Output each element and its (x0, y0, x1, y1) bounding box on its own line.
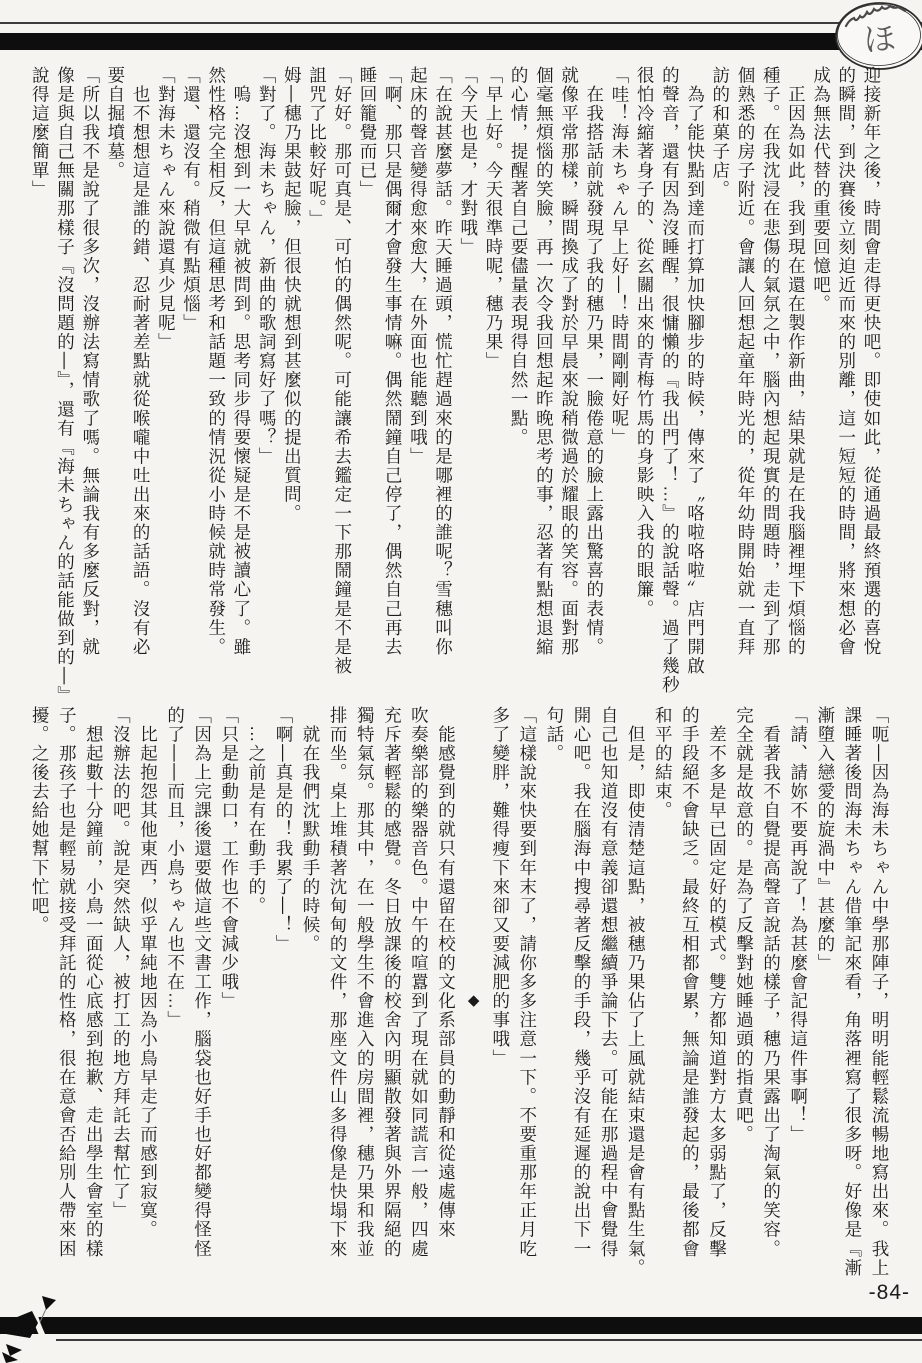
text-column: 差不多是早已固定好的模式。雙方都知道對方太多弱點了，反擊 (703, 706, 730, 1294)
text-column: 「只是動動口，工作也不會減少哦」 (216, 706, 243, 1294)
text-column: 就像平常那樣，瞬間換成了對於早晨來說稍微過於耀眼的笑容。面對那 (556, 66, 581, 684)
text-column: 詛咒了比較好呢。」 (304, 66, 329, 684)
text-column: 像是與自己無關那樣子『沒問題的—』，還有『海未ちゃん的話能做到的—』 (52, 66, 77, 684)
top-border-bar (0, 33, 922, 50)
text-column: 個熟悉的房子附近。會讓人回想起童年時光的，從年幼時開始就一直拜 (733, 66, 758, 684)
circle-stamp: ほ (832, 0, 922, 74)
text-column: 看著我不自覺提高聲音說話的樣子，穗乃果露出了淘氣的笑容。 (758, 706, 785, 1294)
text-column: 然性格完全相反，但這種思考和話題一致的情況從小時候就時常發生。 (204, 66, 229, 684)
text-column: 的瞬間，到決賽後立刻迫近而來的別離，這一短短的時間，將來想必會 (834, 66, 859, 684)
text-column: 句話。 (541, 706, 568, 1294)
text-column: 開心吧。我在腦海中搜尋著反擊的手段，幾乎沒有延遲的說出下一 (568, 706, 595, 1294)
text-column: 訪的和菓子店。 (708, 66, 733, 684)
margin-doodle (0, 1272, 190, 1363)
text-column: 「啊、那只是偶爾才會發生事情嘛。偶然鬧鐘自己停了，偶然自己再去 (380, 66, 405, 684)
text-column: 想起數十分鐘前，小鳥一面從心底感到抱歉、走出學生會室的樣 (80, 706, 107, 1294)
stamp-drawing: ほ (832, 0, 922, 74)
text-column: 「在說甚麼夢話。昨天睡過頭，慌忙趕過來的是哪裡的誰呢？雪穗叫你 (430, 66, 455, 684)
stamp-character: ほ (862, 19, 897, 59)
text-column: 能感覺到的就只有還留在校的文化系部員的動靜和從遠處傳來 (432, 706, 459, 1294)
text-column: 「沒辦法的吧。說是突然缺人，被打工的地方拜託去幫忙了」 (107, 706, 134, 1294)
text-column: 的心情，提醒著自己要儘量表現得自然一點。 (506, 66, 531, 684)
lower-text-block: 「呃—因為海未ちゃん中學那陣子，明明能輕鬆流暢地寫出來。我上課睡著後問海未ちゃん… (26, 706, 893, 1294)
text-column: 正因為如此，我到現在還在製作新曲，結果就是在我腦裡埋下煩惱的 (783, 66, 808, 684)
text-column: 多了變胖，難得瘦下來卻又要減肥的事哦」 (487, 706, 514, 1294)
text-column: 個毫無煩惱的笑臉，再一次令我回想起昨晚思考的事，忍著有點想退縮 (531, 66, 556, 684)
text-column: 「所以我不是說了很多次，沒辦法寫情歌了嗎。無論我有多麼反對，就 (78, 66, 103, 684)
text-column: 種子。在我沈浸在悲傷的氣氛之中，腦內想起現實的問題時，走到了那 (758, 66, 783, 684)
text-column: 「啊—真是的！我累了—！」 (270, 706, 297, 1294)
text-column: 「對海未ちゃん來說還真少見呢」 (153, 66, 178, 684)
text-column: 也不想想這是誰的錯、忍耐著差點就從喉嚨中吐出來的話語。沒有必 (128, 66, 153, 684)
text-column: 吹奏樂部的樂器音色。中午的喧囂到了現在就如同謊言一般，四處 (405, 706, 432, 1294)
text-column: 很怕冷縮著身子的、從玄關出來的青梅竹馬的身影映入我的眼簾。 (632, 66, 657, 684)
text-column: 的手段絕不會缺乏。最終互相都會累，無論是誰發起的，最後都會 (676, 706, 703, 1294)
text-column: …之前是有在動手的。 (243, 706, 270, 1294)
text-column: 「這樣說來快要到年末了，請你多多注意一下。不要重那年正月吃 (514, 706, 541, 1294)
text-column: 「好好。那可真是、可怕的偶然呢。可能讓希去鑑定一下那鬧鐘是不是被 (330, 66, 355, 684)
text-column: 的了——而且，小鳥ちゃん也不在…」 (161, 706, 188, 1294)
text-column: 就在我們沈默動手的時候。 (297, 706, 324, 1294)
text-column: 起床的聲音變得愈來愈大，在外面也能聽到哦」 (405, 66, 430, 684)
arrow-sketch-icon (0, 1272, 190, 1363)
top-rule (0, 22, 922, 24)
text-column: 說得這麼簡單」 (27, 66, 52, 684)
text-column: 成為無法代替的重要回憶吧。 (808, 66, 833, 684)
text-column: 但是，即使清楚這點，被穗乃果佔了上風就結束還是會有點生氣。 (622, 706, 649, 1294)
text-column: 「對了。海未ちゃん，新曲的歌詞寫好了嗎？」 (254, 66, 279, 684)
upper-text-block: 迎接新年之後，時間會走得更快吧。即使如此，從通過最終預選的喜悅的瞬間，到決賽後立… (27, 66, 884, 684)
text-column: 的聲音，還有因為沒睡醒，很慵懶的『我出門了！…』的說話聲。過了幾秒 (657, 66, 682, 684)
text-column: 「還、還沒有。稍微有點煩惱」 (178, 66, 203, 684)
text-column: 完全就是故意的。是為了反擊對她睡過頭的指責吧。 (730, 706, 757, 1294)
text-column: 「早上好。今天很準時呢，穗乃果」 (481, 66, 506, 684)
text-column: 在我搭話前就發現了我的穗乃果，一臉倦意的臉上露出驚喜的表情。 (582, 66, 607, 684)
text-column: 為了能快點到達而打算加快腳步的時候，傳來了〝咯啦咯啦〟店門開啟 (682, 66, 707, 684)
scanned-book-page: { "page": { "number": "-84-" }, "stamp":… (0, 0, 922, 1363)
text-column: 擾。之後去給她幫下忙吧。 (26, 706, 53, 1294)
text-column: 「今天也是，才對哦」 (456, 66, 481, 684)
text-column: 充斥著輕鬆的感覺。冬日放課後的校舍內明顯散發著與外界隔絕的 (378, 706, 405, 1294)
text-column: 「呃—因為海未ちゃん中學那陣子，明明能輕鬆流暢地寫出來。我上 (866, 706, 893, 1294)
text-column: 課睡著後問海未ちゃん借筆記來看，角落裡寫了很多呀。好像是『漸 (839, 706, 866, 1294)
text-column: 自己也知道沒有意義卻還想繼續爭論下去。可能在那過程中會覺得 (595, 706, 622, 1294)
text-column: 要自掘墳墓。 (103, 66, 128, 684)
text-column: 「請、請妳不要再說了！為甚麼會記得這件事啊！」 (785, 706, 812, 1294)
text-column: 排而坐。桌上堆積著沈甸甸的文件，那座文件山多得像是快塌下來 (324, 706, 351, 1294)
text-column: 「因為上完課後還要做這些文書工作，腦袋也好手也好都變得怪怪 (189, 706, 216, 1294)
text-column: 子。那孩子也是輕易就接受拜託的性格，很在意會否給別人帶來困 (53, 706, 80, 1294)
text-column: 「哇！海未ちゃん早上好—！時間剛剛好呢」 (607, 66, 632, 684)
text-column: 迎接新年之後，時間會走得更快吧。即使如此，從通過最終預選的喜悅 (859, 66, 884, 684)
text-column: 嗚…沒想到一大早就被問到。思考同步得要懷疑是不是被讀心了。雖 (229, 66, 254, 684)
text-column: 姆—穗乃果鼓起臉，但很快就想到甚麼似的提出質問。 (279, 66, 304, 684)
text-column: 睡回籠覺而已」 (355, 66, 380, 684)
text-column: 獨特氣氛。那其中，在一般學生不會進入的房間裡，穗乃果和我並 (351, 706, 378, 1294)
text-column: 和平的結束。 (649, 706, 676, 1294)
text-column: 比起抱怨其他東西，似乎單純地因為小鳥早走了而感到寂寞。 (134, 706, 161, 1294)
section-separator: ◆ (460, 706, 487, 1294)
page-number: -84- (869, 1281, 910, 1305)
text-column: 漸墮入戀愛的旋渦中』甚麼的」 (812, 706, 839, 1294)
